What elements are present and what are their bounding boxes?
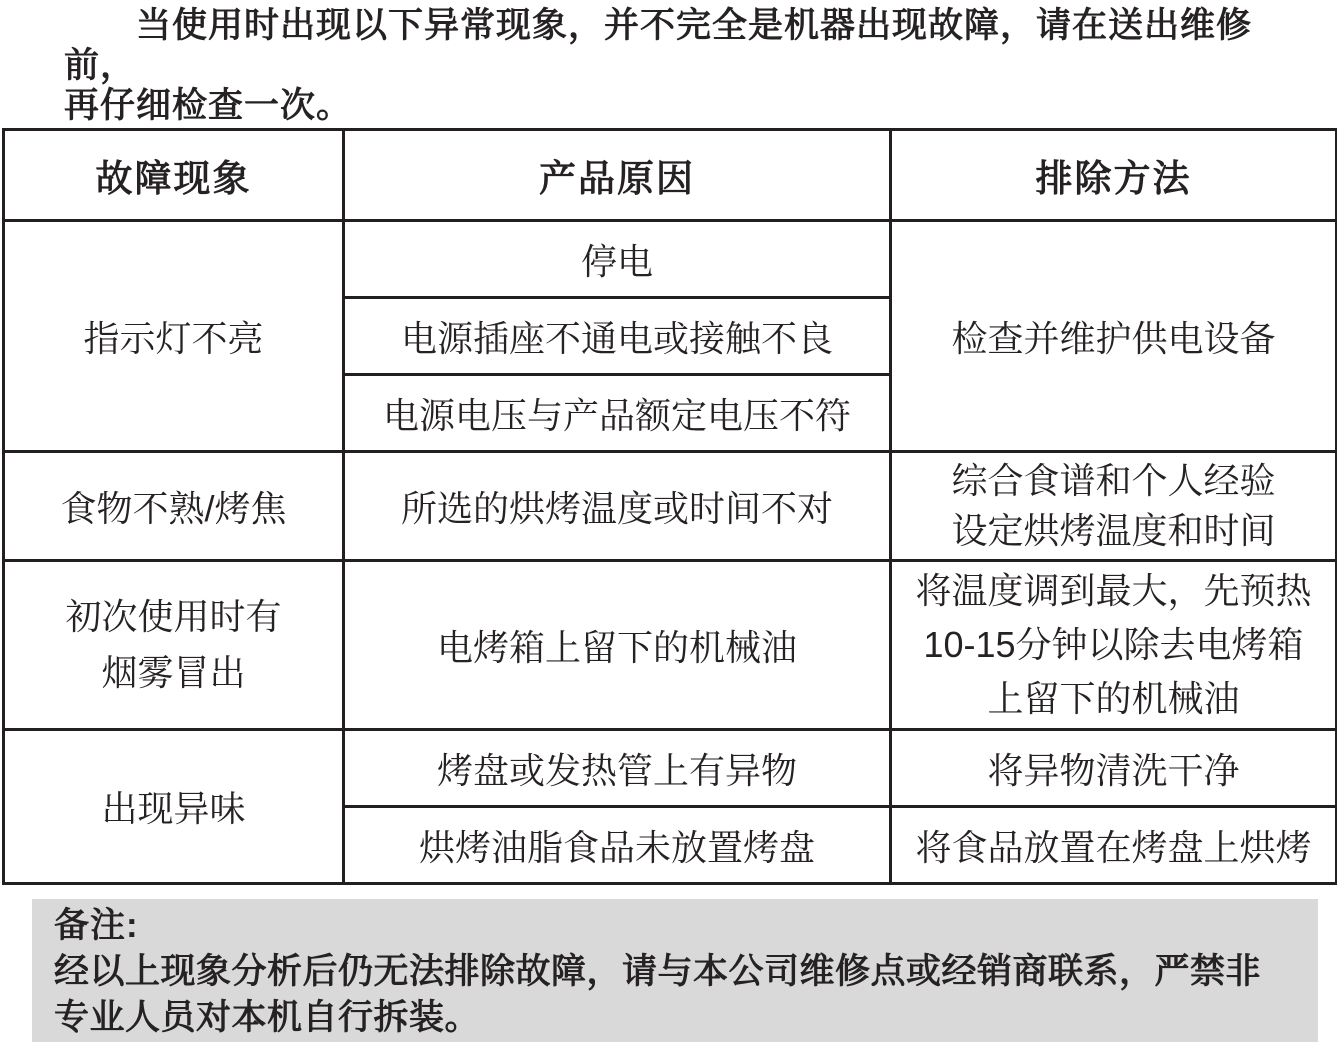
cause-cell-wrong-temp-time: 所选的烘烤温度或时间不对 xyxy=(344,452,891,561)
remedy-cell-use-baking-tray: 将食品放置在烤盘上烘烤 xyxy=(891,807,1337,884)
fault-cell-food-not-cooked: 食物不熟/烤焦 xyxy=(4,452,344,561)
note-box: 备注: 经以上现象分析后仍无法排除故障，请与本公司维修点或经销商联系，严禁非 专… xyxy=(32,899,1318,1042)
cause-cell-voltage-mismatch: 电源电压与产品额定电压不符 xyxy=(344,375,891,452)
note-body: 经以上现象分析后仍无法排除故障，请与本公司维修点或经销商联系，严禁非 专业人员对… xyxy=(54,949,1296,1041)
manual-page: 当使用时出现以下异常现象，并不完全是机器出现故障，请在送出维修前， 再仔细检查一… xyxy=(0,0,1337,1046)
note-title: 备注: xyxy=(54,903,1296,949)
column-header-fault: 故障现象 xyxy=(4,130,344,221)
remedy-cell-clean-foreign-matter: 将异物清洗干净 xyxy=(891,730,1337,807)
table-row: 食物不熟/烤焦 所选的烘烤温度或时间不对 综合食谱和个人经验 设定烘烤温度和时间 xyxy=(4,452,1337,561)
table-row: 出现异味 烤盘或发热管上有异物 将异物清洗干净 xyxy=(4,730,1337,807)
troubleshooting-table: 故障现象 产品原因 排除方法 指示灯不亮 停电 检查并维护供电设备 电源插座不通… xyxy=(2,128,1337,885)
table-header-row: 故障现象 产品原因 排除方法 xyxy=(4,130,1337,221)
cause-cell-power-outage: 停电 xyxy=(344,221,891,298)
cause-cell-foreign-matter: 烤盘或发热管上有异物 xyxy=(344,730,891,807)
table-row: 初次使用时有 烟雾冒出 电烤箱上留下的机械油 将温度调到最大，先预热 10-15… xyxy=(4,561,1337,730)
fault-cell-odd-smell: 出现异味 xyxy=(4,730,344,884)
cause-cell-machine-oil: 电烤箱上留下的机械油 xyxy=(344,561,891,730)
intro-paragraph: 当使用时出现以下异常现象，并不完全是机器出现故障，请在送出维修前， 再仔细检查一… xyxy=(0,0,1337,126)
fault-cell-indicator-light: 指示灯不亮 xyxy=(4,221,344,452)
fault-cell-smoke-first-use: 初次使用时有 烟雾冒出 xyxy=(4,561,344,730)
cause-cell-no-baking-tray: 烘烤油脂食品未放置烤盘 xyxy=(344,807,891,884)
table-row: 指示灯不亮 停电 检查并维护供电设备 xyxy=(4,221,1337,298)
remedy-cell-check-power: 检查并维护供电设备 xyxy=(891,221,1337,452)
remedy-cell-set-temp-time: 综合食谱和个人经验 设定烘烤温度和时间 xyxy=(891,452,1337,561)
column-header-remedy: 排除方法 xyxy=(891,130,1337,221)
remedy-cell-preheat: 将温度调到最大，先预热 10-15分钟以除去电烤箱 上留下的机械油 xyxy=(891,561,1337,730)
cause-cell-socket-contact: 电源插座不通电或接触不良 xyxy=(344,298,891,375)
column-header-cause: 产品原因 xyxy=(344,130,891,221)
